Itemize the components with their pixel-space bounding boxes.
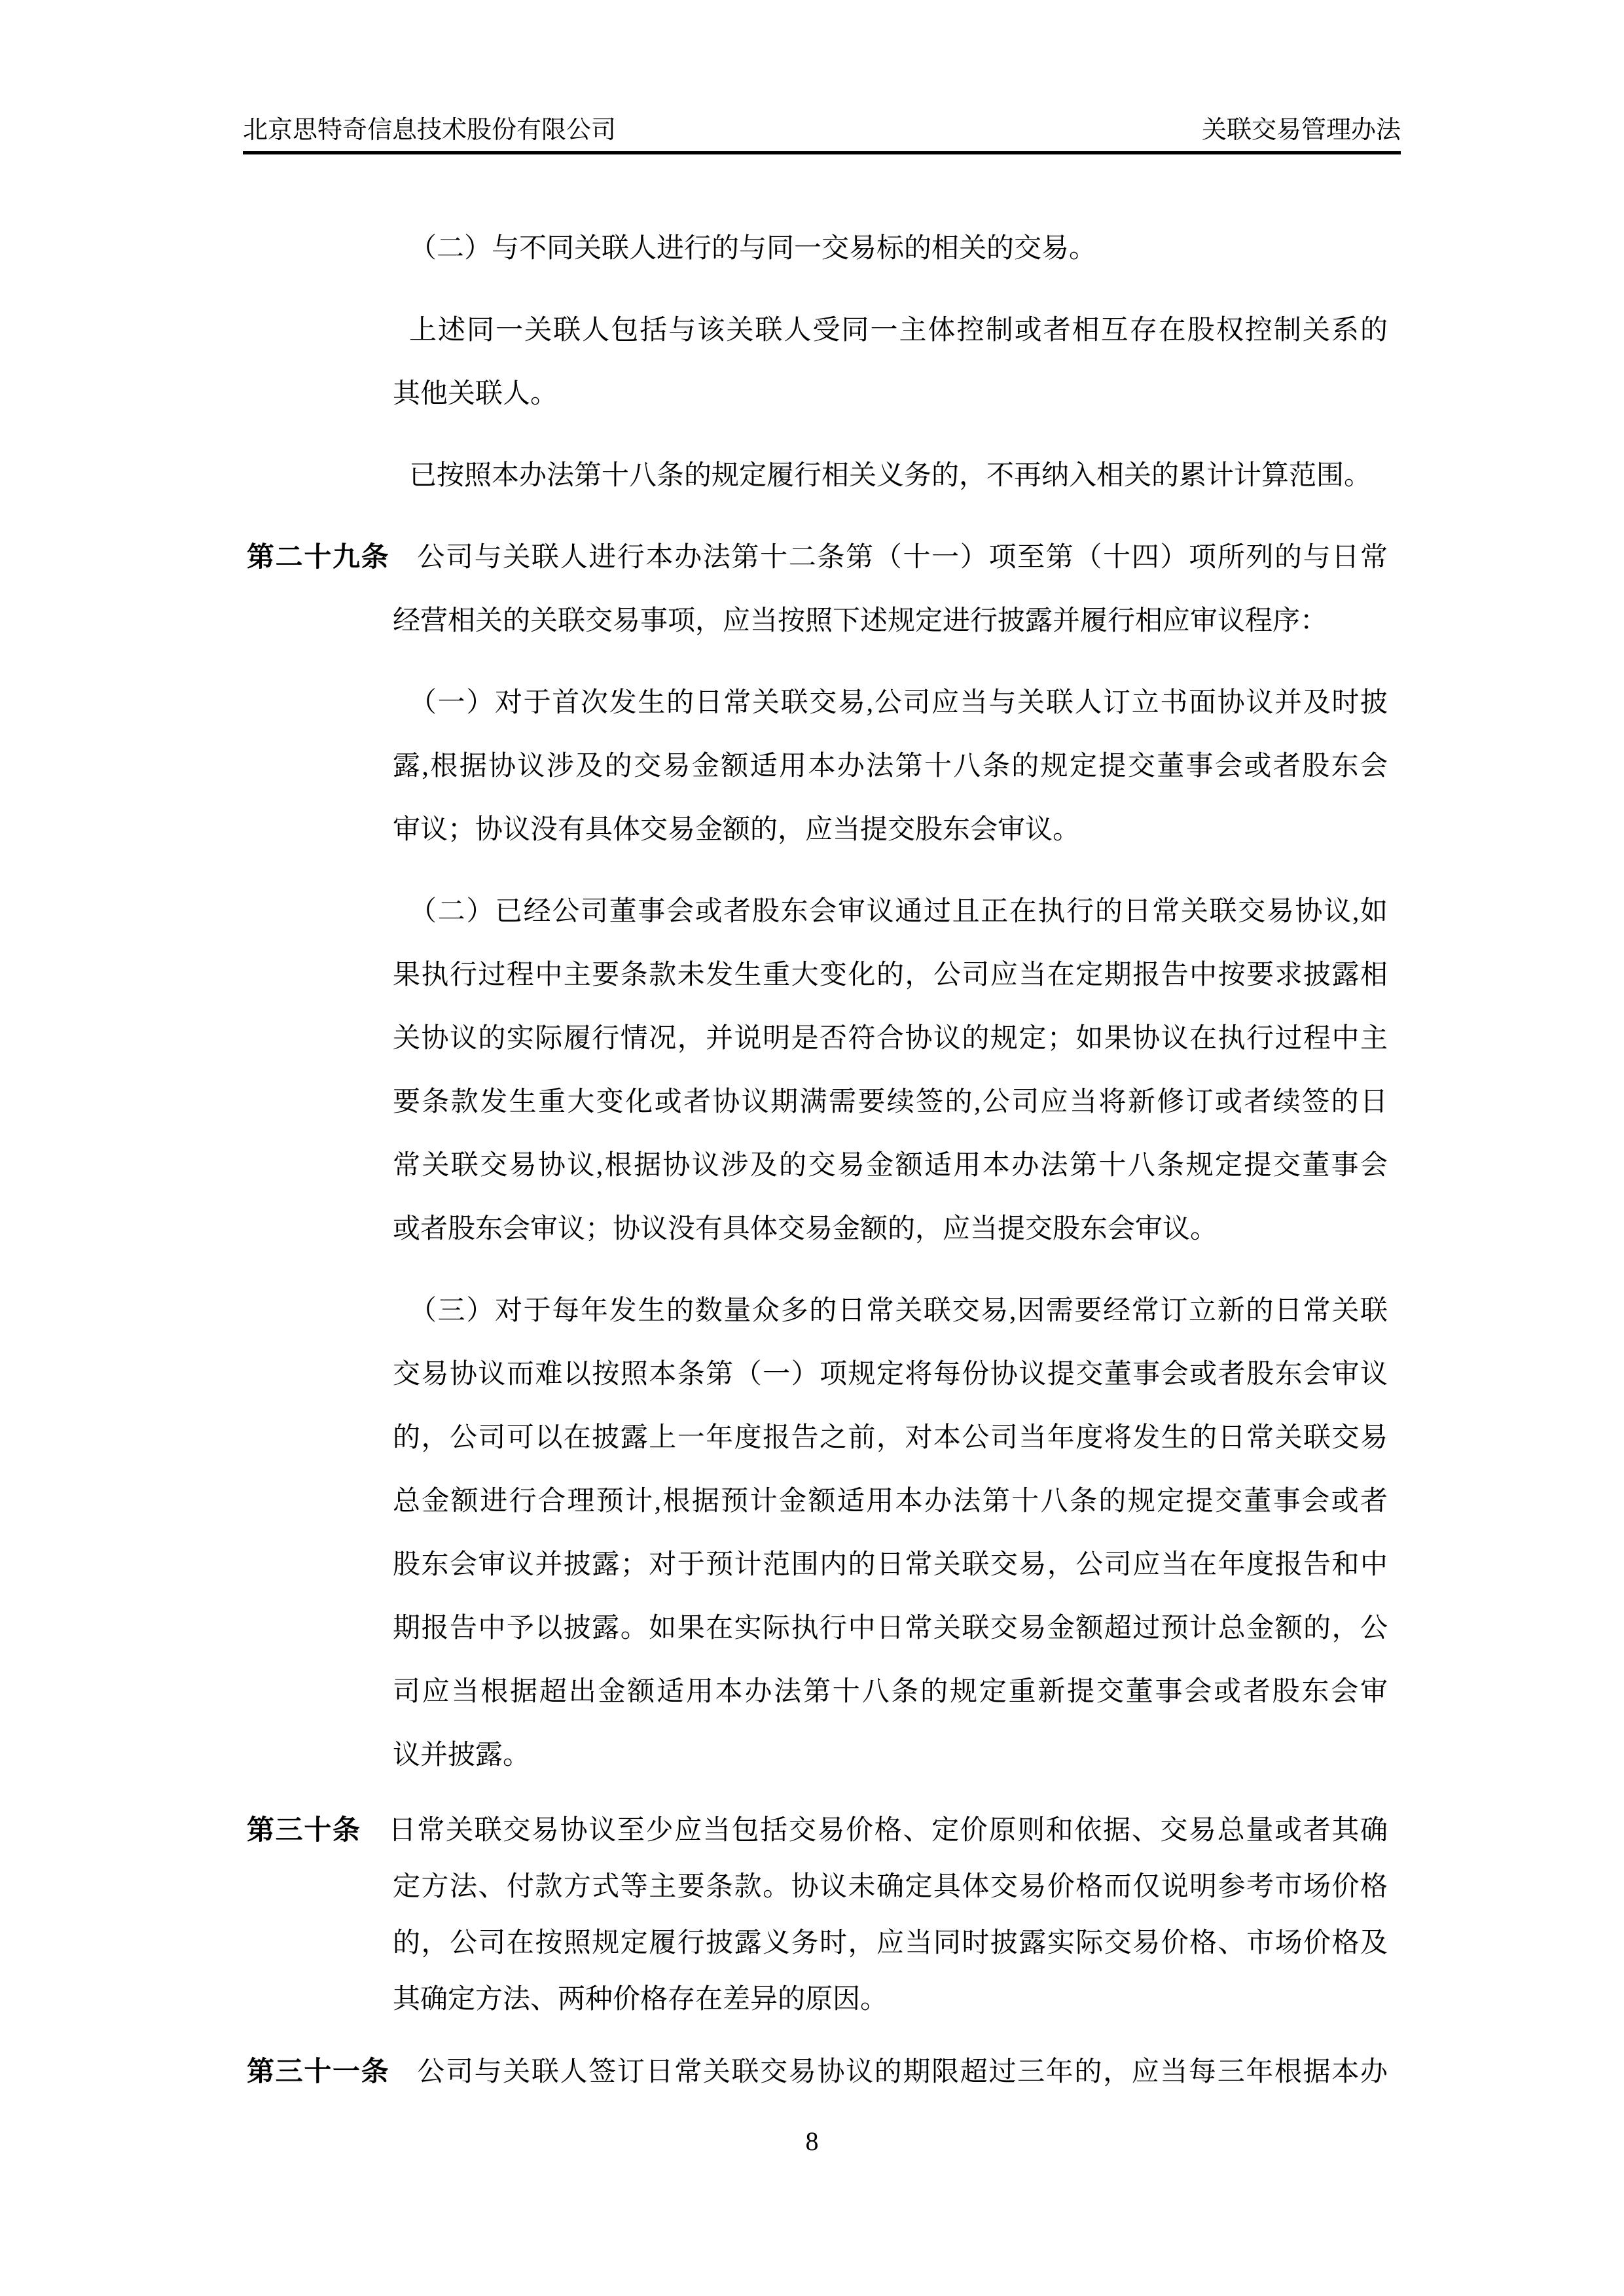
document-line: 议并披露。	[393, 1724, 1388, 1787]
header-company-name: 北京思特奇信息技术股份有限公司	[243, 115, 616, 145]
document-body: （二）与不同关联人进行的与同一交易标的相关的交易。上述同一关联人包括与该关联人受…	[0, 217, 1624, 2104]
document-line: 的，公司可以在披露上一年度报告之前，对本公司当年度将发生的日常关联交易	[393, 1407, 1388, 1470]
document-line: 或者股东会审议；协议没有具体交易金额的，应当提交股东会审议。	[393, 1198, 1388, 1261]
article-number-label: 第二十九条	[247, 543, 389, 573]
document-page: 北京思特奇信息技术股份有限公司 关联交易管理办法 （二）与不同关联人进行的与同一…	[0, 0, 1624, 2296]
document-line: 司应当根据超出金额适用本办法第十八条的规定重新提交董事会或者股东会审	[393, 1660, 1388, 1724]
document-line: 的，公司在按照规定履行披露义务时，应当同时披露实际交易价格、市场价格及	[393, 1915, 1388, 1971]
document-line: （二）已经公司董事会或者股东会审议通过且正在执行的日常关联交易协议,如	[409, 880, 1388, 944]
document-line: 其确定方法、两种价格存在差异的原因。	[393, 1971, 1388, 2028]
document-line: （二）与不同关联人进行的与同一交易标的相关的交易。	[409, 217, 1388, 281]
document-line: （三）对于每年发生的数量众多的日常关联交易,因需要经常订立新的日常关联	[409, 1280, 1388, 1343]
document-line: 期报告中予以披露。如果在实际执行中日常关联交易金额超过预计总金额的，公	[393, 1597, 1388, 1660]
header-rule	[243, 151, 1401, 154]
document-line: 总金额进行合理预计,根据预计金额适用本办法第十八条的规定提交董事会或者	[393, 1470, 1388, 1534]
document-line: 定方法、付款方式等主要条款。协议未确定具体交易价格而仅说明参考市场价格	[393, 1859, 1388, 1915]
document-line: 股东会审议并披露；对于预计范围内的日常关联交易，公司应当在年度报告和中	[393, 1534, 1388, 1597]
article-number-label: 第三十一条	[247, 2057, 389, 2087]
document-line: 经营相关的关联交易事项，应当按照下述规定进行披露并履行相应审议程序：	[393, 590, 1388, 653]
document-line: 上述同一关联人包括与该关联人受同一主体控制或者相互存在股权控制关系的	[409, 299, 1388, 363]
article-number-label: 第三十条	[247, 1816, 361, 1846]
document-line: 要条款发生重大变化或者协议期满需要续签的,公司应当将新修订或者续签的日	[393, 1071, 1388, 1134]
article-line: 第三十条日常关联交易协议至少应当包括交易价格、定价原则和依据、交易总量或者其确	[247, 1803, 1388, 1859]
document-line: 露,根据协议涉及的交易金额适用本办法第十八条的规定提交董事会或者股东会	[393, 735, 1388, 798]
document-line: 已按照本办法第十八条的规定履行相关义务的，不再纳入相关的累计计算范围。	[409, 444, 1388, 508]
document-line: 交易协议而难以按照本条第（一）项规定将每份协议提交董事会或者股东会审议	[393, 1343, 1388, 1407]
document-line: 常关联交易协议,根据协议涉及的交易金额适用本办法第十八条规定提交董事会	[393, 1134, 1388, 1198]
page-header: 北京思特奇信息技术股份有限公司 关联交易管理办法	[243, 115, 1401, 145]
article-line: 第三十一条公司与关联人签订日常关联交易协议的期限超过三年的，应当每三年根据本办	[247, 2041, 1388, 2104]
document-line: 其他关联人。	[393, 363, 1388, 426]
article-line: 第二十九条公司与关联人进行本办法第十二条第（十一）项至第（十四）项所列的与日常	[247, 526, 1388, 590]
document-line: 审议；协议没有具体交易金额的，应当提交股东会审议。	[393, 798, 1388, 862]
header-doc-title: 关联交易管理办法	[1202, 115, 1401, 145]
document-line: 关协议的实际履行情况，并说明是否符合协议的规定；如果协议在执行过程中主	[393, 1007, 1388, 1071]
document-line: （一）对于首次发生的日常关联交易,公司应当与关联人订立书面协议并及时披	[409, 672, 1388, 735]
page-number: 8	[0, 2125, 1624, 2158]
document-line: 果执行过程中主要条款未发生重大变化的，公司应当在定期报告中按要求披露相	[393, 944, 1388, 1007]
